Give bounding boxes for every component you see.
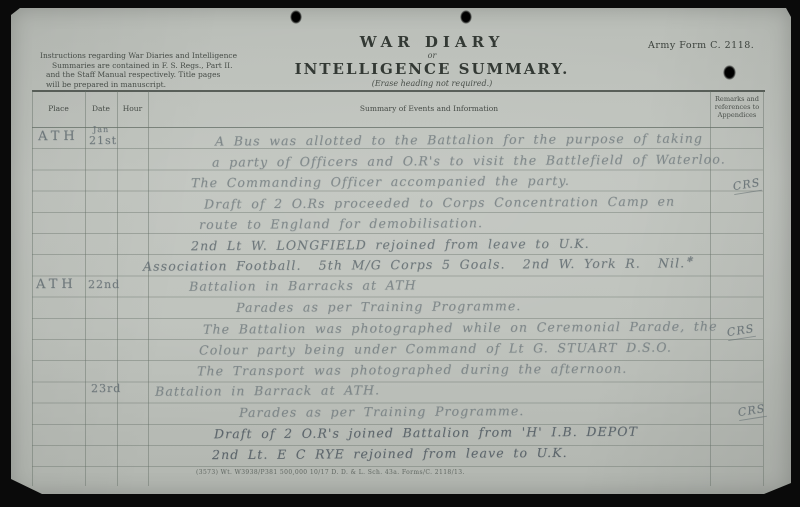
erase-heading-note: (Erase heading not required.) [282,79,582,88]
column-divider-summary-remarks [710,91,711,486]
diary-line: The Battalion was photographed while on … [203,318,718,336]
instructions-line: Summaries are contained in F. S. Regs., … [40,61,237,71]
instructions-note: Instructions regarding War Diaries and I… [40,51,237,89]
page-subtitle: INTELLIGENCE SUMMARY. [282,60,582,78]
pencil-mark: ✱ [686,255,694,264]
hole-punch [723,65,736,80]
diary-line: The Commanding Officer accompanied the p… [191,173,570,190]
army-form-number: Army Form C. 2118. [648,40,754,51]
place-cell: ATH [38,129,79,144]
diary-line: Battalion in Barrack at ATH. [155,382,380,398]
hole-punch [460,10,472,24]
diary-line: Draft of 2 O.Rs proceeded to Corps Conce… [204,194,675,212]
diary-line: route to England for demobilisation. [199,215,483,232]
diary-line: Draft of 2 O.R's joined Battalion from '… [214,424,638,442]
table-right-border [763,91,764,486]
table-top-rule [32,90,765,92]
diary-line: Parades as per Training Programme. [239,403,524,420]
page-title: WAR DIARY [322,33,542,51]
diary-line: The Transport was photographed during th… [197,361,627,379]
place-cell: ATH [36,277,77,292]
diary-line: 2nd Lt W. LONGFIELD rejoined from leave … [191,236,590,253]
diary-line: Parades as per Training Programme. [236,298,521,315]
instructions-line: and the Staff Manual respectively. Title… [40,70,237,80]
diary-line: 2nd Lt. E C RYE rejoined from leave to U… [212,445,568,462]
title-or: or [322,51,542,60]
date-month-cell: Jan [93,125,109,134]
diary-line: Colour party being under Command of Lt G… [199,340,672,358]
header-remarks: Remarks and references to Appendices [712,95,762,119]
hole-punch [290,10,302,24]
printers-imprint: (3573) Wt. W3938/P381 500,000 10/17 D. D… [196,469,465,476]
date-cell: 21st [89,134,117,147]
column-divider-place-date [85,91,86,486]
instructions-line: will be prepared in manuscript. [40,80,237,90]
diary-line: a party of Officers and O.R's to visit t… [212,151,726,169]
page-content: Instructions regarding War Diaries and I… [0,0,800,507]
diary-line: Battalion in Barracks at ATH [189,277,417,293]
header-summary: Summary of Events and Information [148,104,710,113]
column-divider-hour-summary [148,91,149,486]
table-left-border [32,91,33,486]
header-hour: Hour [117,104,148,113]
date-cell: 23rd [91,382,121,395]
scanned-war-diary-page: Instructions regarding War Diaries and I… [0,0,800,507]
header-place: Place [32,104,85,113]
diary-line: A Bus was allotted to the Battalion for … [215,131,703,149]
date-cell: 22nd [88,278,120,291]
header-date: Date [85,104,117,113]
instructions-line: Instructions regarding War Diaries and I… [40,51,237,61]
